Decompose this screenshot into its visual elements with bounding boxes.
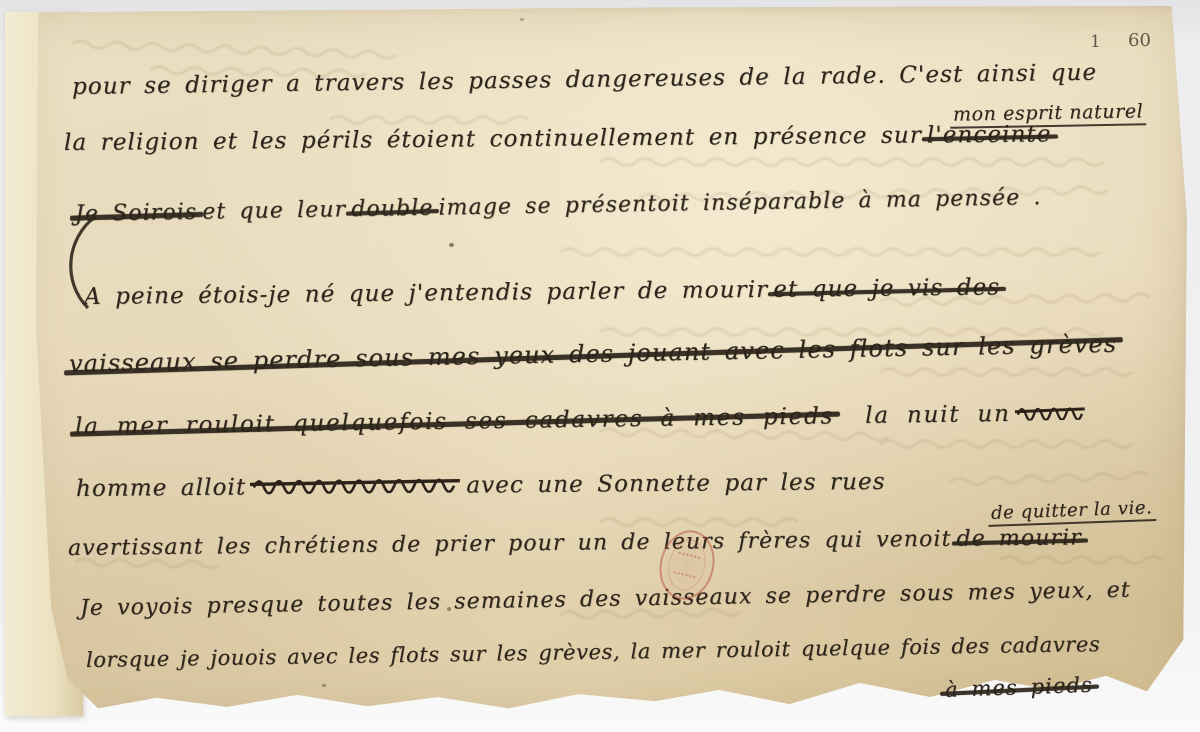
ink-speck xyxy=(447,607,451,611)
manuscript-text: la nuit un xyxy=(865,401,1011,429)
folio-number: 1 xyxy=(1090,32,1101,52)
ink-speck xyxy=(520,18,524,21)
scribbled-deletion xyxy=(1015,402,1085,421)
manuscript-photograph: 1 60 pour se diriger a travers les passe… xyxy=(0,0,1200,732)
manuscript-line: à mes pieds xyxy=(940,672,1099,701)
struck-text: et que je vis des xyxy=(773,274,1000,302)
struck-text: à mes pieds xyxy=(945,673,1094,702)
ink-speck xyxy=(449,243,454,247)
struck-text: double xyxy=(351,196,434,222)
struck-text: Je Soirois xyxy=(75,200,198,227)
ink-speck xyxy=(322,684,326,687)
struck-text: de mourir xyxy=(956,525,1082,551)
scribbled-deletion xyxy=(250,473,460,495)
interline-insertion: mon esprit naturel xyxy=(950,100,1147,128)
manuscript-text: et que leur xyxy=(202,197,346,225)
manuscript-text: homme alloit xyxy=(76,475,247,502)
manuscript-text: avec une Sonnette par les rues xyxy=(466,469,886,499)
page-number: 60 xyxy=(1128,30,1151,51)
